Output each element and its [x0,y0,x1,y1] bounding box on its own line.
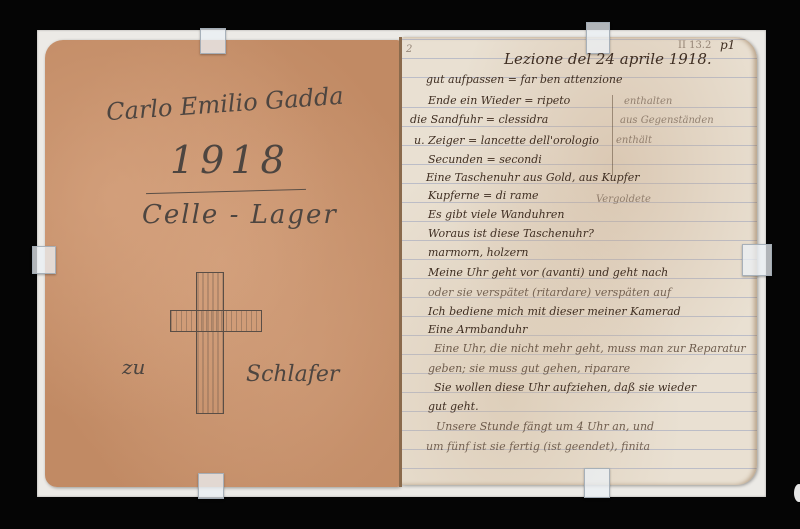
lesson-heading: Lezione del 24 aprile 1918. [504,50,712,68]
cross-bar [170,310,262,332]
margin-rule [612,95,613,175]
note-line: oder sie verspätet (ritardare) verspäten… [428,286,671,299]
note-line: gut aufpassen = far ben attenzione [426,73,623,86]
note-line: Ich bediene mich mit dieser meiner Kamer… [428,305,681,318]
note-line: u. Zeiger = lancette dell'orologio [414,134,599,147]
cross-icon [196,272,224,414]
mount-clip-top-left [200,28,226,54]
note-line: die Sandfuhr = clessidra [410,113,548,126]
mount-clip-bottom-left [198,473,224,499]
mount-clip-right [742,244,772,276]
camp-name: Celle - Lager [142,200,338,230]
cross-right-word: Schlafer [246,362,339,387]
note-line: Es gibt viele Wanduhren [428,208,565,221]
mount-clip-bottom-right [584,468,610,498]
note-line: Woraus ist diese Taschenuhr? [428,227,594,240]
note-line: Kupferne = di rame [428,189,539,202]
note-line: geben; sie muss gut gehen, riparare [428,362,630,375]
frame-reflection [794,484,800,502]
margin-note: aus Gegenständen [620,115,714,126]
margin-note: enthalten [624,96,672,107]
note-line: marmorn, holzern [428,246,529,259]
cover-year: 1918 [170,138,291,182]
note-line: Eine Taschenuhr aus Gold, aus Kupfer [426,171,640,184]
note-line: Sie wollen diese Uhr aufziehen, daß sie … [434,381,696,394]
note-line: Unsere Stunde fängt um 4 Uhr an, und [436,420,654,433]
cross-left-word: zu [122,355,145,379]
note-line: Secunden = secondi [428,153,542,166]
note-line: Meine Uhr geht vor (avanti) und geht nac… [428,266,668,279]
note-line: gut geht. [428,400,479,413]
notebook-spine [399,37,402,487]
mount-clip-left [32,246,56,274]
note-line: Ende ein Wieder = ripeto [428,94,570,107]
folio-number: p1 [720,38,735,52]
page-number: 2 [406,44,412,55]
note-line: Eine Uhr, die nicht mehr geht, muss man … [434,342,746,355]
margin-note: Vergoldete [596,194,651,205]
note-line: um fünf ist sie fertig (ist geendet), fi… [426,440,650,453]
note-line: Eine Armbanduhr [428,323,527,336]
margin-note: enthält [616,135,652,146]
